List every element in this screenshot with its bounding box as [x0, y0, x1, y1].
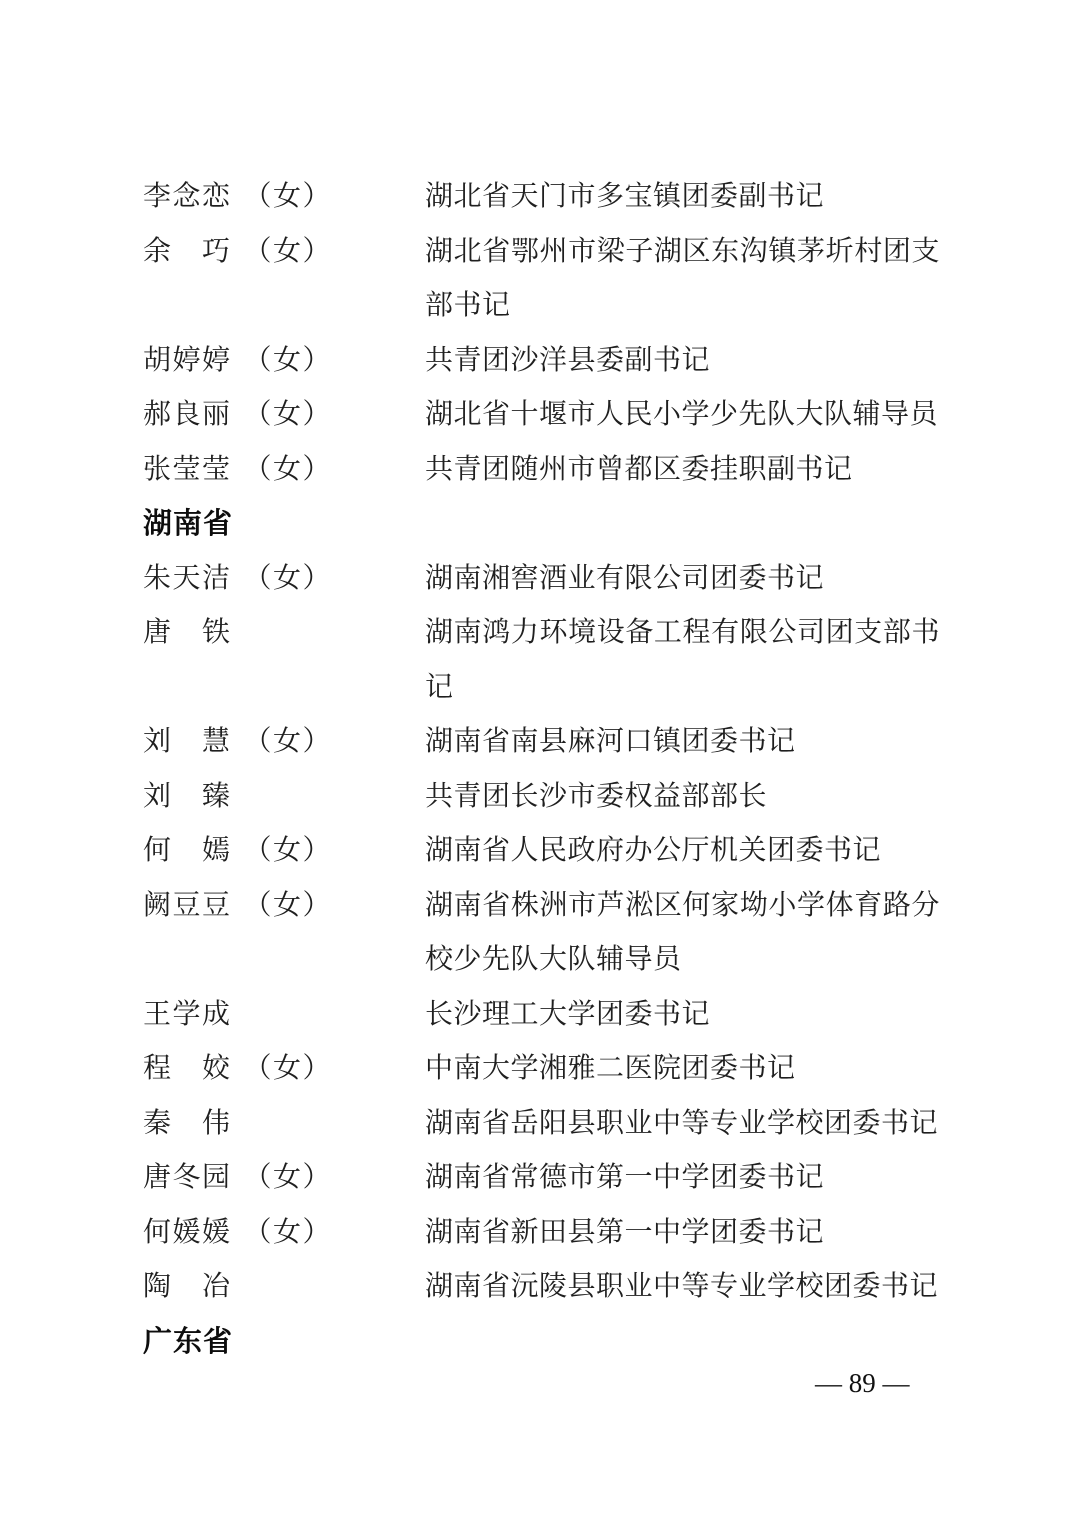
entry-name: 程 姣（女） [143, 1042, 425, 1097]
person-name: 刘 慧 [143, 726, 232, 757]
entry-gender: （女） [244, 1217, 333, 1248]
entry-position: 湖南省人民政府办公厅机关团委书记 [425, 824, 940, 879]
entry-position: 湖南湘窖酒业有限公司团委书记 [425, 552, 940, 607]
entry-gender: （女） [244, 345, 333, 376]
entry-gender: （女） [244, 1053, 333, 1084]
person-name: 张莹莹 [143, 454, 232, 485]
entry-position: 湖北省鄂州市梁子湖区东沟镇茅圻村团支部书记 [425, 225, 940, 334]
entry-gender: （女） [244, 236, 333, 267]
roster-entry: 阙豆豆（女） 湖南省株洲市芦淞区何家坳小学体育路分校少先队大队辅导员 [143, 879, 943, 988]
roster-entry: 张莹莹（女） 共青团随州市曾都区委挂职副书记 [143, 443, 943, 498]
person-name: 何媛媛 [143, 1217, 232, 1248]
roster-entry: 李念恋（女） 湖北省天门市多宝镇团委副书记 [143, 170, 943, 225]
entry-position: 湖南省新田县第一中学团委书记 [425, 1206, 940, 1261]
person-name: 李念恋 [143, 181, 232, 212]
entry-name: 刘 臻 [143, 770, 425, 825]
person-name: 胡婷婷 [143, 345, 232, 376]
document-page: 李念恋（女） 湖北省天门市多宝镇团委副书记 余 巧（女） 湖北省鄂州市梁子湖区东… [0, 0, 1080, 1526]
person-name: 郝良丽 [143, 399, 232, 430]
person-name: 朱天洁 [143, 563, 232, 594]
entry-position: 湖南省南县麻河口镇团委书记 [425, 715, 940, 770]
person-name: 秦 伟 [143, 1108, 232, 1139]
entry-gender: （女） [244, 726, 333, 757]
entry-name: 余 巧（女） [143, 225, 425, 280]
entry-position: 湖南省株洲市芦淞区何家坳小学体育路分校少先队大队辅导员 [425, 879, 940, 988]
roster-entry: 何媛媛（女） 湖南省新田县第一中学团委书记 [143, 1206, 943, 1261]
entry-name: 唐 铁 [143, 606, 425, 661]
entry-gender: （女） [244, 563, 333, 594]
entry-position: 湖南省岳阳县职业中等专业学校团委书记 [425, 1097, 940, 1152]
roster-entry: 唐冬园（女） 湖南省常德市第一中学团委书记 [143, 1151, 943, 1206]
entry-name: 张莹莹（女） [143, 443, 425, 498]
roster-entry: 秦 伟 湖南省岳阳县职业中等专业学校团委书记 [143, 1097, 943, 1152]
section-header-hunan: 湖南省 [143, 497, 943, 552]
entry-gender: （女） [244, 181, 333, 212]
person-name: 余 巧 [143, 236, 232, 267]
entry-gender: （女） [244, 399, 333, 430]
entry-position: 共青团长沙市委权益部部长 [425, 770, 940, 825]
roster-entry: 陶 冶 湖南省沅陵县职业中等专业学校团委书记 [143, 1260, 943, 1315]
roster-entry: 郝良丽（女） 湖北省十堰市人民小学少先队大队辅导员 [143, 388, 943, 443]
entry-position: 湖北省十堰市人民小学少先队大队辅导员 [425, 388, 940, 443]
person-name: 程 姣 [143, 1053, 232, 1084]
entry-name: 陶 冶 [143, 1260, 425, 1315]
person-name: 王学成 [143, 999, 232, 1030]
person-name: 陶 冶 [143, 1271, 232, 1302]
person-name: 唐冬园 [143, 1162, 232, 1193]
entry-name: 刘 慧（女） [143, 715, 425, 770]
person-name: 阙豆豆 [143, 890, 232, 921]
entry-name: 李念恋（女） [143, 170, 425, 225]
entry-position: 湖南省常德市第一中学团委书记 [425, 1151, 940, 1206]
section-header-guangdong: 广东省 [143, 1315, 943, 1370]
entry-gender: （女） [244, 454, 333, 485]
roster-entry: 胡婷婷（女） 共青团沙洋县委副书记 [143, 334, 943, 389]
roster-entry: 刘 臻 共青团长沙市委权益部部长 [143, 770, 943, 825]
entry-name: 阙豆豆（女） [143, 879, 425, 934]
roster-entry: 刘 慧（女） 湖南省南县麻河口镇团委书记 [143, 715, 943, 770]
entry-name: 唐冬园（女） [143, 1151, 425, 1206]
roster-entry: 余 巧（女） 湖北省鄂州市梁子湖区东沟镇茅圻村团支部书记 [143, 225, 943, 334]
roster-entry: 何 嫣（女） 湖南省人民政府办公厅机关团委书记 [143, 824, 943, 879]
entry-name: 何 嫣（女） [143, 824, 425, 879]
roster-entry: 朱天洁（女） 湖南湘窖酒业有限公司团委书记 [143, 552, 943, 607]
entry-position: 共青团随州市曾都区委挂职副书记 [425, 443, 940, 498]
entry-name: 胡婷婷（女） [143, 334, 425, 389]
roster-list: 李念恋（女） 湖北省天门市多宝镇团委副书记 余 巧（女） 湖北省鄂州市梁子湖区东… [143, 170, 943, 1369]
entry-gender: （女） [244, 835, 333, 866]
roster-entry: 唐 铁 湖南鸿力环境设备工程有限公司团支部书记 [143, 606, 943, 715]
entry-position: 湖南鸿力环境设备工程有限公司团支部书记 [425, 606, 940, 715]
page-number: — 89 — [815, 1368, 910, 1399]
entry-position: 中南大学湘雅二医院团委书记 [425, 1042, 940, 1097]
entry-name: 秦 伟 [143, 1097, 425, 1152]
entry-position: 湖南省沅陵县职业中等专业学校团委书记 [425, 1260, 940, 1315]
roster-entry: 王学成 长沙理工大学团委书记 [143, 988, 943, 1043]
roster-entry: 程 姣（女） 中南大学湘雅二医院团委书记 [143, 1042, 943, 1097]
entry-name: 何媛媛（女） [143, 1206, 425, 1261]
entry-name: 朱天洁（女） [143, 552, 425, 607]
entry-name: 郝良丽（女） [143, 388, 425, 443]
person-name: 刘 臻 [143, 781, 232, 812]
entry-position: 湖北省天门市多宝镇团委副书记 [425, 170, 940, 225]
entry-gender: （女） [244, 890, 333, 921]
entry-position: 长沙理工大学团委书记 [425, 988, 940, 1043]
entry-position: 共青团沙洋县委副书记 [425, 334, 940, 389]
person-name: 唐 铁 [143, 617, 232, 648]
person-name: 何 嫣 [143, 835, 232, 866]
entry-gender: （女） [244, 1162, 333, 1193]
entry-name: 王学成 [143, 988, 425, 1043]
